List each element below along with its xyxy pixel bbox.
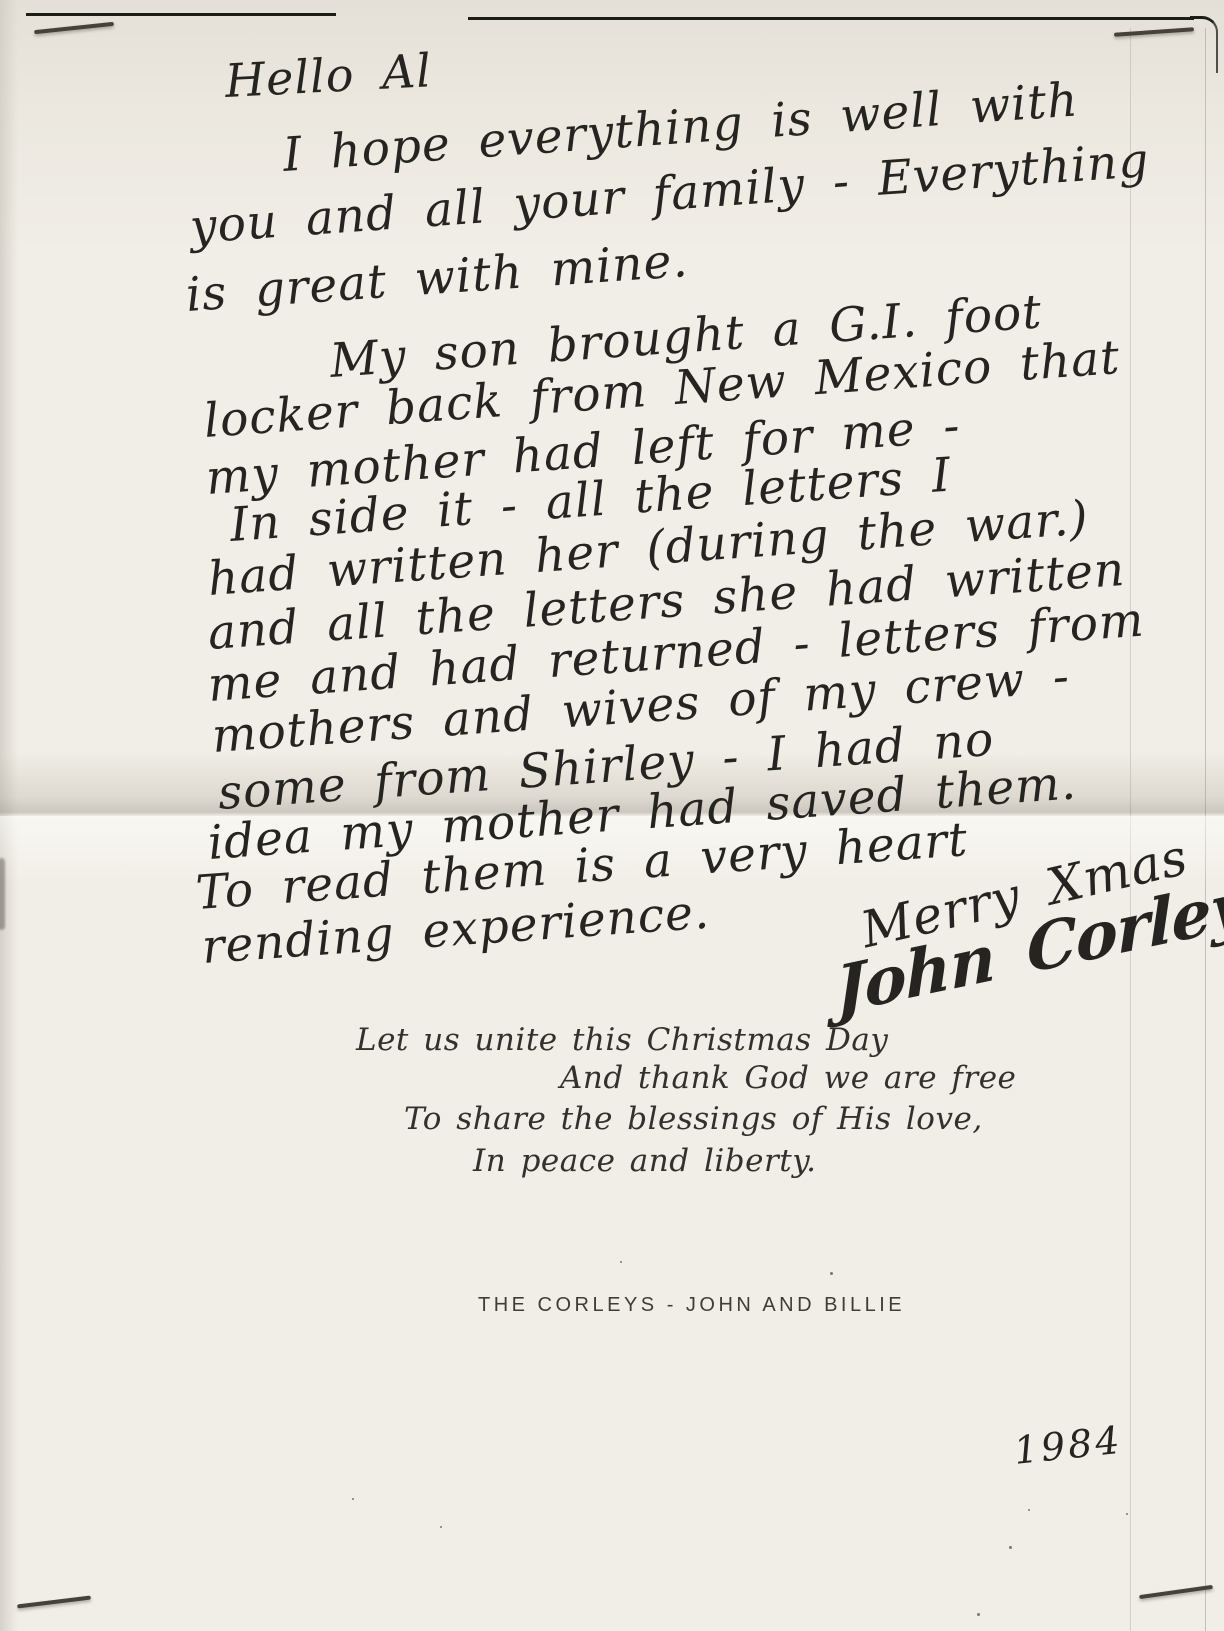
dust-speck bbox=[620, 1261, 622, 1263]
staple-bottom-left-icon bbox=[17, 1596, 91, 1609]
staple-top-left-icon bbox=[34, 22, 114, 34]
printed-family-name: THE CORLEYS - JOHN AND BILLIE bbox=[478, 1294, 905, 1317]
page-top-edge-line bbox=[468, 17, 1194, 20]
verse-line: And thank God we are free bbox=[560, 1063, 1016, 1094]
staple-top-right-icon bbox=[1114, 27, 1194, 37]
page-corner-edge bbox=[1190, 16, 1218, 73]
dust-speck bbox=[830, 1272, 833, 1275]
staple-bottom-right-icon bbox=[1139, 1585, 1213, 1599]
year-annotation: 1984 bbox=[1012, 1421, 1124, 1470]
dust-speck bbox=[1126, 1513, 1128, 1515]
scan-edge-smudge bbox=[0, 858, 5, 930]
verse-line: In peace and liberty. bbox=[473, 1146, 817, 1177]
dust-speck bbox=[1009, 1546, 1012, 1549]
letter-salutation: Hello Al bbox=[224, 47, 433, 104]
dust-speck bbox=[977, 1613, 980, 1616]
dust-speck bbox=[1028, 1509, 1030, 1511]
dust-speck bbox=[352, 1498, 354, 1500]
verse-line: To share the blessings of His love, bbox=[404, 1104, 983, 1135]
dust-speck bbox=[440, 1526, 442, 1528]
page-top-edge-line bbox=[26, 13, 336, 16]
verse-line: Let us unite this Christmas Day bbox=[356, 1025, 888, 1056]
scanned-letter-page: Hello Al I hope everything is well with … bbox=[0, 0, 1224, 1631]
